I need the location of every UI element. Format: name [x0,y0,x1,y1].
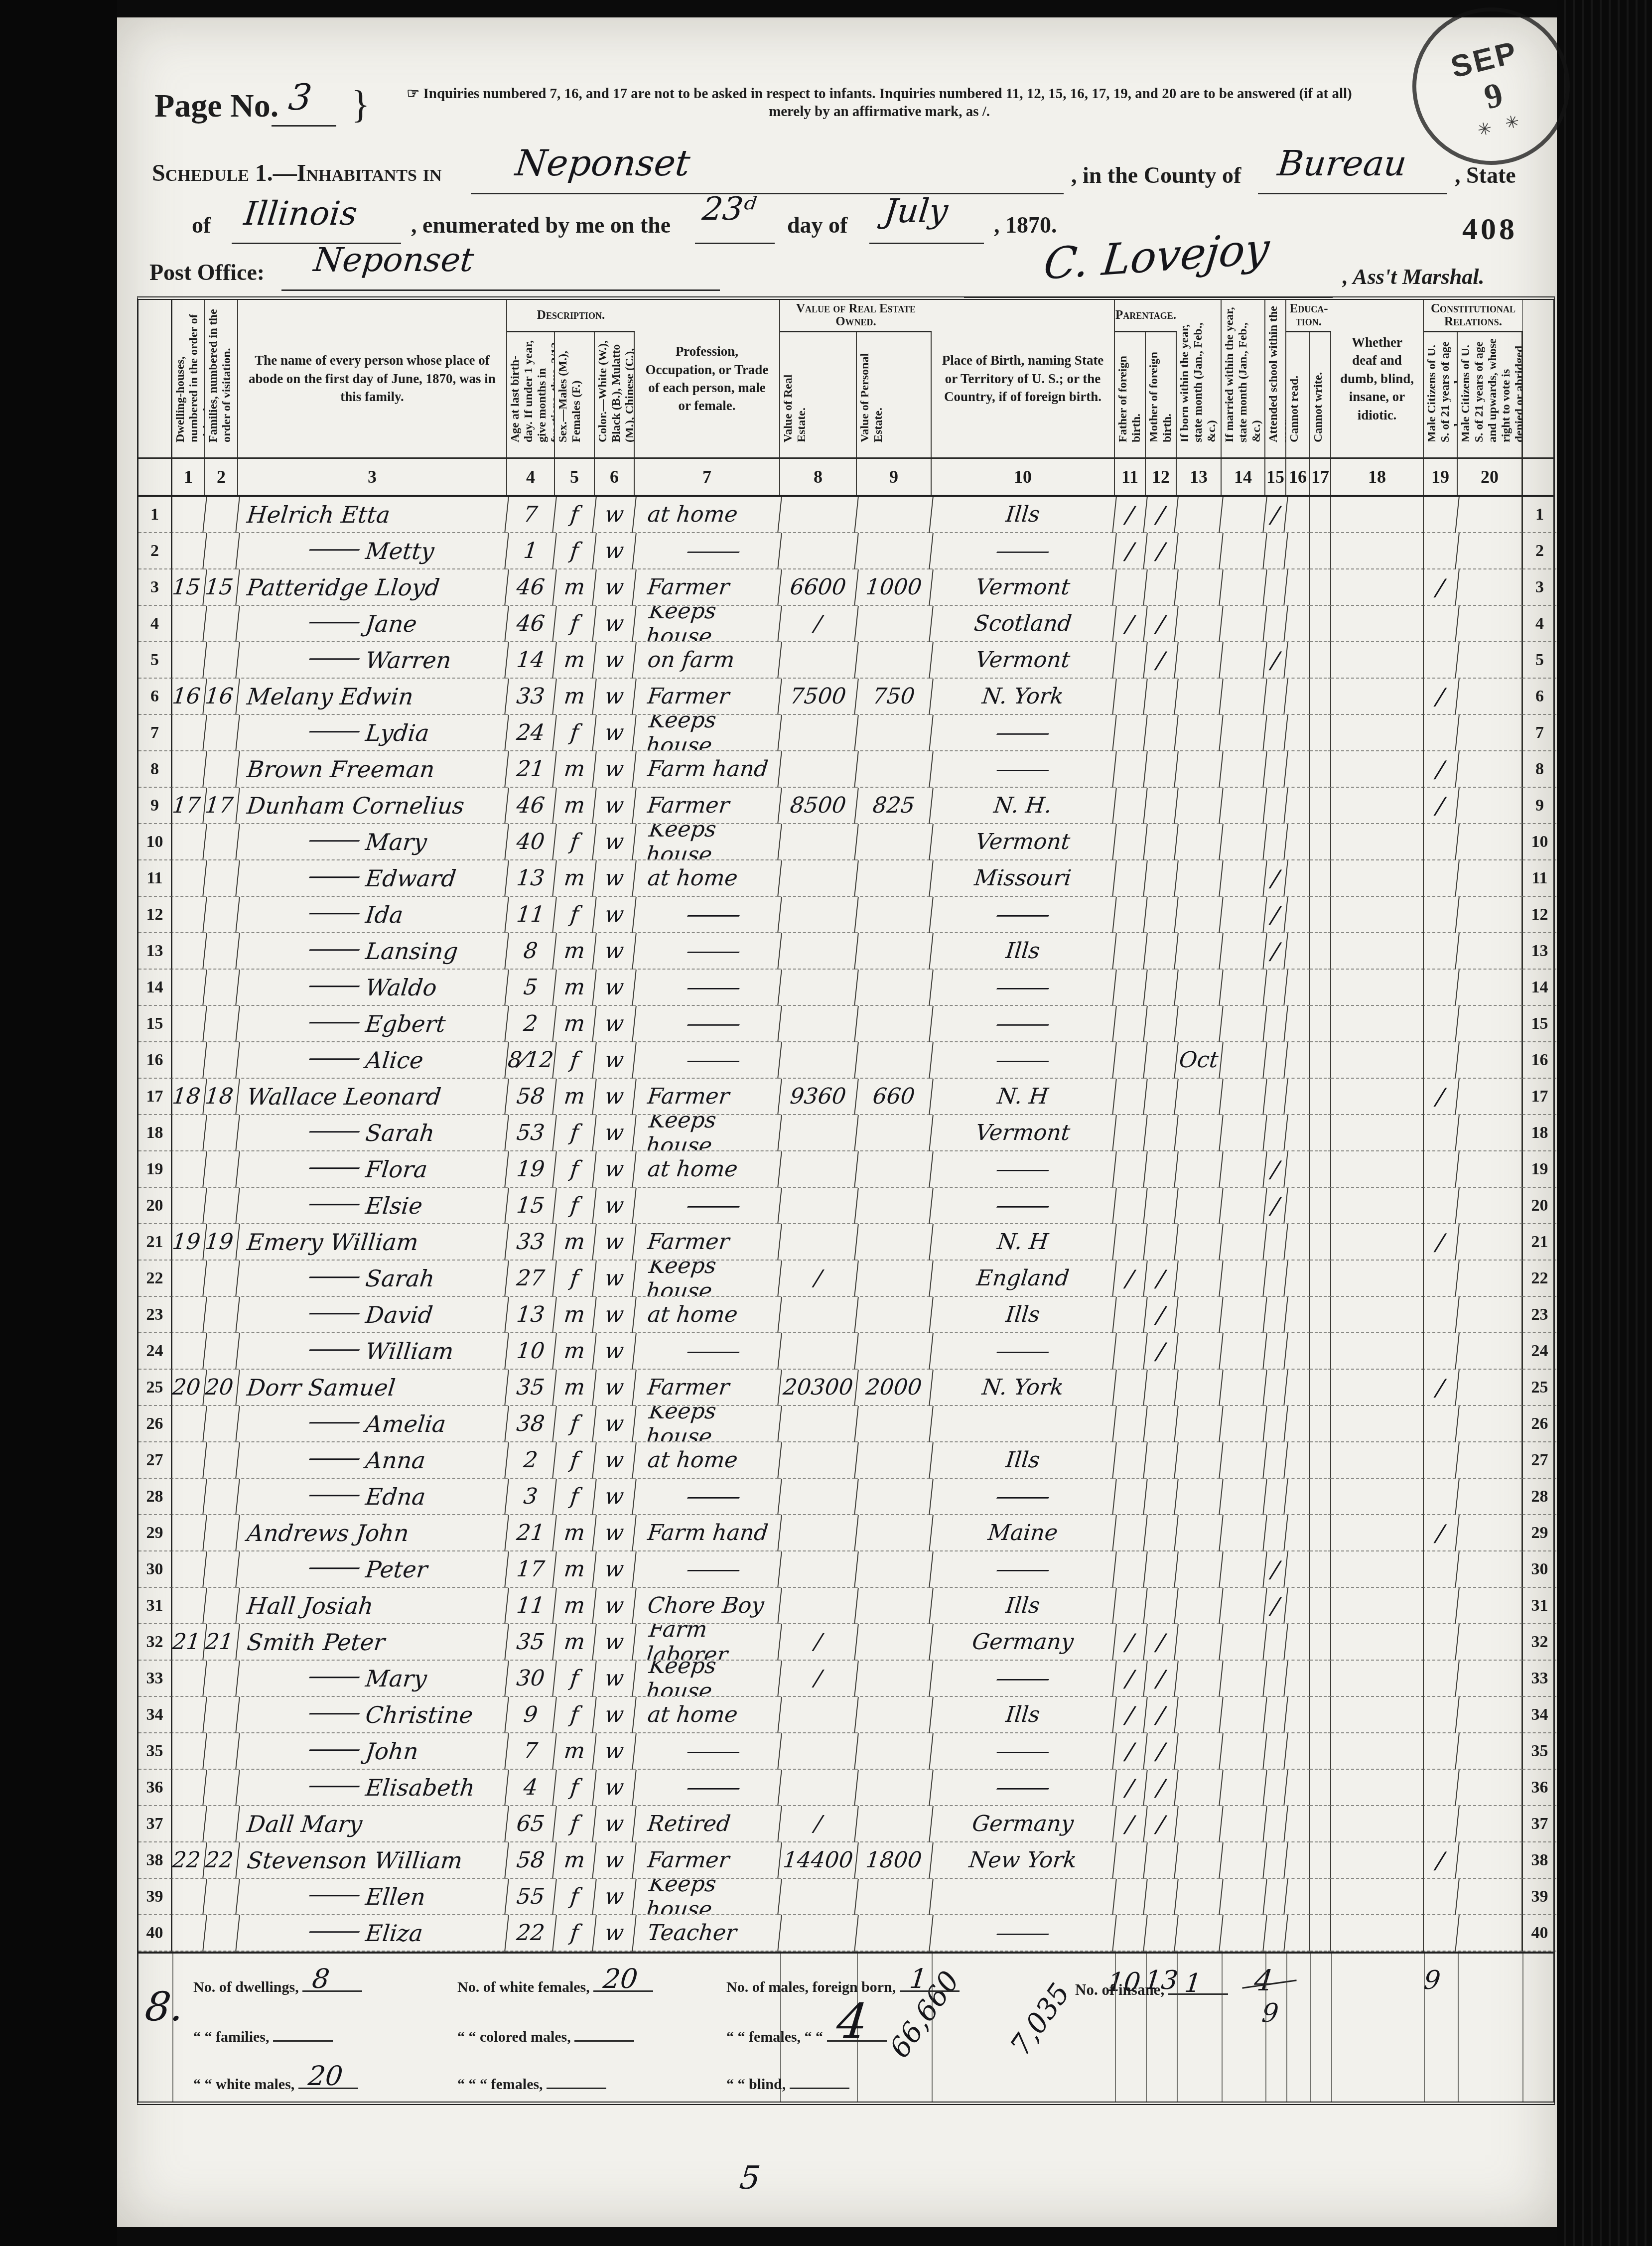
cell-birthplace: Germany [930,1624,1117,1661]
cell-color: w [593,1770,637,1806]
cell-cannot-write [1310,1770,1331,1806]
cell-dwelling-number [170,1188,207,1224]
cell-attended-school-mark [1263,1370,1288,1406]
cell-male-citizen-mark [1422,1624,1460,1661]
footer-column-rule [1458,1954,1459,2102]
cell-cannot-read [1286,1479,1310,1515]
cell-value-real-estate [778,933,859,970]
cell-family-number [203,1879,240,1915]
cell-male-citizen-mark [1422,1588,1460,1624]
cell-cannot-write [1310,497,1331,533]
cell-father-foreign-mark [1113,751,1148,788]
cell-father-foreign-mark [1113,970,1148,1006]
cell-value-real-estate [778,1297,859,1333]
table-row: 18—Sarah53fwKeeps houseVermont18 [138,1115,1553,1151]
cell-color: w [593,1261,637,1297]
cell-value-personal-estate [855,1588,934,1624]
footer-stat-underline: 20 [298,2071,358,2089]
cell-father-foreign-mark [1113,1842,1148,1879]
county-label: , in the County of [1071,162,1241,188]
footer-stat-label: “ “ families, [193,2029,269,2045]
cell-value-real-estate [778,1406,859,1442]
cell-family-number [203,1770,240,1806]
cell-deaf-dumb-blind [1331,1333,1424,1370]
cell-occupation: Teacher [633,1915,782,1952]
cell-value-personal-estate [855,1515,934,1551]
cell-birthplace: Ills [930,497,1117,533]
cell-father-foreign-mark [1113,824,1148,860]
column-header-10: Place of Birth, naming State or Territor… [932,300,1115,457]
census-scan-page: { "page": { "page_no_label": "Page No.",… [0,0,1652,2246]
cell-cannot-read [1286,751,1310,788]
cell-value-real-estate: 9360 [778,1079,859,1115]
cell-occupation: — [633,1042,782,1079]
table-row: 11—Edward13mwat homeMissouri/11 [138,860,1553,897]
cell-sex: m [553,788,597,824]
cell-dwelling-number: 22 [170,1842,207,1879]
table-row: 1Helrich Etta7fwat homeIlls///1 [138,497,1553,533]
table-row: 36—Elisabeth4fw——//36 [138,1770,1553,1806]
cell-value-personal-estate [855,1697,934,1733]
cell-mother-foreign-mark: / [1144,1624,1179,1661]
cell-vote-denied [1458,1551,1522,1588]
cell-sex: f [553,1479,597,1515]
cell-name: —Edna [236,1479,509,1515]
cell-attended-school-mark: / [1263,497,1288,533]
cell-age: 24 [505,715,557,751]
column-number-2: 2 [205,459,238,495]
cell-mother-foreign-mark: / [1144,533,1179,569]
cell-attended-school-mark [1263,1297,1288,1333]
cell-value-personal-estate [855,1624,934,1661]
cell-dwelling-number: 15 [170,569,207,606]
cell-color: w [593,1551,637,1588]
cell-birthplace: — [930,897,1117,933]
cell-month-born [1175,1115,1224,1151]
cell-mother-foreign-mark [1144,1915,1179,1952]
cell-birthplace: Vermont [930,642,1117,679]
cell-value-real-estate [778,1479,859,1515]
footer-column-rule [1331,1954,1332,2102]
cell-line-number-right: 36 [1522,1770,1556,1806]
cell-month-born [1175,569,1224,606]
cell-attended-school-mark [1263,569,1288,606]
cell-deaf-dumb-blind [1331,1806,1424,1842]
cell-cannot-write [1310,1879,1331,1915]
cell-month-married [1220,1188,1267,1224]
cell-month-born [1175,1879,1224,1915]
column-header-13: If born within the year, state month (Ja… [1177,300,1222,457]
stray-ink-mark: 5 [738,2160,762,2197]
cell-sex: f [553,1115,597,1151]
cell-line-number-left: 1 [138,497,172,533]
cell-vote-denied [1458,1806,1522,1842]
cell-family-number [203,1588,240,1624]
cell-occupation: at home [633,1697,782,1733]
cell-line-number-left: 39 [138,1879,172,1915]
cell-month-married [1220,1006,1267,1042]
table-row: 13—Lansing8mw—Ills/13 [138,933,1553,970]
cell-color: w [593,642,637,679]
footer-stat: No. of dwellings, 8 [193,1973,362,1996]
cell-male-citizen-mark: / [1422,751,1460,788]
cell-cannot-write [1310,1915,1331,1952]
footer-stat: No. of white females, 20 [457,1973,653,1996]
day-of-label: day of [787,212,847,238]
cell-vote-denied [1458,1733,1522,1770]
cell-deaf-dumb-blind [1331,824,1424,860]
cell-cannot-read [1286,970,1310,1006]
cell-age: 7 [505,497,557,533]
cell-birthplace: — [930,1915,1117,1952]
cell-name: —Elisabeth [236,1770,509,1806]
cell-vote-denied [1458,933,1522,970]
cell-line-number-right: 5 [1522,642,1556,679]
cell-deaf-dumb-blind [1331,1624,1424,1661]
cell-value-real-estate [778,1915,859,1952]
footer-stat-value: 8 [311,1963,331,1994]
cell-name: Stevenson William [236,1842,509,1879]
cell-name: Andrews John [236,1515,509,1551]
cell-deaf-dumb-blind [1331,642,1424,679]
cell-male-citizen-mark [1422,1697,1460,1733]
cell-sex: m [553,569,597,606]
cell-dwelling-number [170,1806,207,1842]
cell-family-number [203,1333,240,1370]
footer-stat-underline [574,2023,634,2042]
cell-male-citizen-mark [1422,1115,1460,1151]
cell-cannot-write [1310,1442,1331,1479]
cell-vote-denied [1458,1879,1522,1915]
footer-column-rule [172,1954,173,2102]
cell-line-number-left: 24 [138,1333,172,1370]
cell-dwelling-number [170,1406,207,1442]
cell-sex: m [553,679,597,715]
cell-line-number-left: 6 [138,679,172,715]
cell-cannot-read [1286,1261,1310,1297]
cell-attended-school-mark [1263,1442,1288,1479]
cell-father-foreign-mark [1113,860,1148,897]
cell-male-citizen-mark [1422,1879,1460,1915]
cell-family-number: 15 [203,569,240,606]
cell-name: —Peter [236,1551,509,1588]
cell-age: 7 [505,1733,557,1770]
cell-line-number-right: 33 [1522,1661,1556,1697]
cell-line-number-left: 9 [138,788,172,824]
cell-mother-foreign-mark: / [1144,642,1179,679]
cell-name: —Jane [236,606,509,642]
cell-month-married [1220,1515,1267,1551]
cell-age: 22 [505,1915,557,1952]
cell-line-number-left: 11 [138,860,172,897]
cell-occupation: at home [633,1442,782,1479]
cell-value-real-estate [778,1188,859,1224]
table-row: 33—Mary30fwKeeps house/—//33 [138,1661,1553,1697]
cell-age: 15 [505,1188,557,1224]
cell-cannot-read [1286,642,1310,679]
cell-name: Melany Edwin [236,679,509,715]
cell-sex: m [553,1333,597,1370]
cell-sex: f [553,1697,597,1733]
cell-male-citizen-mark [1422,860,1460,897]
table-row: 23—David13mwat homeIlls/23 [138,1297,1553,1333]
census-table: Dwelling-houses, numbered in the order o… [137,296,1555,2105]
cell-sex: f [553,1261,597,1297]
table-row: 30—Peter17mw——/30 [138,1551,1553,1588]
cell-value-personal-estate: 1000 [855,569,934,606]
cell-family-number [203,1115,240,1151]
cell-vote-denied [1458,897,1522,933]
footer-stat-label: No. of males, foreign born, [726,1979,896,1995]
footer-stat-underline: 4 [827,2023,887,2042]
cell-sex: f [553,1661,597,1697]
cell-male-citizen-mark: / [1422,1842,1460,1879]
cell-sex: f [553,897,597,933]
cell-month-married [1220,1697,1267,1733]
column-number-20: 20 [1458,459,1522,495]
table-row: 31Hall Josiah11mwChore BoyIlls/31 [138,1588,1553,1624]
cell-age: 13 [505,1297,557,1333]
cell-cannot-write [1310,1224,1331,1261]
cell-cannot-write [1310,1806,1331,1842]
cell-cannot-read [1286,1806,1310,1842]
cell-age: 8⁄12 [505,1042,557,1079]
cell-name: —Lansing [236,933,509,970]
day-value: 23ᵈ [700,191,758,228]
cell-family-number: 20 [203,1370,240,1406]
footer-column-rule [1115,1954,1116,2102]
cell-mother-foreign-mark [1144,1224,1179,1261]
cell-family-number: 22 [203,1842,240,1879]
table-row: 20—Elsie15fw——/20 [138,1188,1553,1224]
column-header-label-20: Male Citizens of U. S. of 21 years of ag… [1458,332,1522,447]
cell-sex: m [553,1006,597,1042]
cell-sex: m [553,1588,597,1624]
cell-male-citizen-mark [1422,933,1460,970]
cell-age: 46 [505,788,557,824]
cell-male-citizen-mark [1422,897,1460,933]
cell-deaf-dumb-blind [1331,1479,1424,1515]
cell-mother-foreign-mark [1144,1588,1179,1624]
cell-color: w [593,1442,637,1479]
cell-value-personal-estate [855,1915,934,1952]
cell-month-born: Oct [1175,1042,1224,1079]
cell-cannot-read [1286,1151,1310,1188]
cell-age: 40 [505,824,557,860]
cell-cannot-read [1286,1442,1310,1479]
cell-cannot-read [1286,1661,1310,1697]
cell-attended-school-mark [1263,751,1288,788]
cell-deaf-dumb-blind [1331,1661,1424,1697]
cell-occupation: Farmer [633,569,782,606]
cell-vote-denied [1458,533,1522,569]
cell-male-citizen-mark: / [1422,1079,1460,1115]
cell-attended-school-mark [1263,1915,1288,1952]
cell-line-number-left: 40 [138,1915,172,1952]
cell-father-foreign-mark [1113,1370,1148,1406]
cell-line-number-right: 13 [1522,933,1556,970]
cell-cannot-read [1286,1588,1310,1624]
column-header-label-2: Families, numbered in the order of visit… [205,300,235,447]
cell-line-number-right: 26 [1522,1406,1556,1442]
cell-sex: m [553,1733,597,1770]
cell-line-number-right: 23 [1522,1297,1556,1333]
cell-sex: f [553,715,597,751]
cell-deaf-dumb-blind [1331,1406,1424,1442]
cell-vote-denied [1458,1661,1522,1697]
cell-cannot-write [1310,715,1331,751]
cell-occupation: on farm [633,642,782,679]
cell-father-foreign-mark: / [1113,606,1148,642]
cell-father-foreign-mark [1113,1479,1148,1515]
cell-value-real-estate [778,533,859,569]
cell-line-number-right: 8 [1522,751,1556,788]
cell-color: w [593,1624,637,1661]
cell-birthplace: — [930,1333,1117,1370]
cell-line-number-left: 10 [138,824,172,860]
column-header-label-12: Mother of foreign birth. [1146,332,1176,447]
cell-month-married [1220,897,1267,933]
header-margin-left [138,300,172,457]
footer-stat: “ “ “ females, [457,2071,606,2093]
cell-color: w [593,1406,637,1442]
cell-birthplace: Scotland [930,606,1117,642]
cell-occupation: Farm laborer [633,1624,782,1661]
cell-age: 5 [505,970,557,1006]
column-header-label-4: Age at last birth-day. If under 1 year, … [507,332,555,447]
cell-line-number-right: 17 [1522,1079,1556,1115]
cell-value-personal-estate [855,1115,934,1151]
cell-age: 3 [505,1479,557,1515]
cell-deaf-dumb-blind [1331,970,1424,1006]
cell-male-citizen-mark [1422,642,1460,679]
table-row: 14—Waldo5mw——14 [138,970,1553,1006]
cell-birthplace: — [930,1006,1117,1042]
cell-mother-foreign-mark [1144,1079,1179,1115]
cell-mother-foreign-mark [1144,1370,1179,1406]
footer-stat-label: “ “ “ females, [457,2076,543,2093]
cell-attended-school-mark: / [1263,933,1288,970]
footer-stat: “ “ blind, [726,2071,849,2093]
cell-occupation: — [633,1479,782,1515]
cell-age: 21 [505,1515,557,1551]
cell-sex: f [553,1915,597,1952]
cell-value-real-estate: 7500 [778,679,859,715]
cell-cannot-write [1310,1842,1331,1879]
cell-line-number-left: 37 [138,1806,172,1842]
cell-cannot-read [1286,1770,1310,1806]
cell-mother-foreign-mark: / [1144,497,1179,533]
cell-sex: m [553,1224,597,1261]
cell-male-citizen-mark [1422,1733,1460,1770]
cell-mother-foreign-mark [1144,1842,1179,1879]
cell-male-citizen-mark [1422,1042,1460,1079]
cell-month-married [1220,1370,1267,1406]
cell-father-foreign-mark [1113,1079,1148,1115]
cell-month-married [1220,824,1267,860]
cell-cannot-write [1310,1733,1331,1770]
cell-month-married [1220,1588,1267,1624]
instructions-note: ☞ Inquiries numbered 7, 16, and 17 are n… [386,85,1373,121]
cell-line-number-right: 39 [1522,1879,1556,1915]
cell-mother-foreign-mark [1144,715,1179,751]
cell-cannot-write [1310,788,1331,824]
cell-cannot-read [1286,1115,1310,1151]
cell-occupation: — [633,1551,782,1588]
cell-deaf-dumb-blind [1331,1261,1424,1297]
cell-month-married [1220,533,1267,569]
table-body: 1Helrich Etta7fwat homeIlls///12—Metty1f… [138,497,1553,1952]
cell-age: 2 [505,1006,557,1042]
cell-family-number [203,1042,240,1079]
cell-cannot-write [1310,1406,1331,1442]
cell-color: w [593,1915,637,1952]
total-mother-foreign: 13 [1143,1965,1179,1995]
cell-value-personal-estate [855,1733,934,1770]
cell-deaf-dumb-blind [1331,1079,1424,1115]
cell-male-citizen-mark [1422,1261,1460,1297]
cell-deaf-dumb-blind [1331,606,1424,642]
cell-value-personal-estate: 2000 [855,1370,934,1406]
cell-month-born [1175,897,1224,933]
cell-dwelling-number [170,1261,207,1297]
cell-birthplace [930,1406,1117,1442]
cell-attended-school-mark: / [1263,1188,1288,1224]
instructions-line2: merely by an affirmative mark, as /. [386,103,1373,121]
cell-color: w [593,1370,637,1406]
cell-value-personal-estate [855,824,934,860]
cell-occupation: Keeps house [633,1879,782,1915]
marshal-label: , Ass't Marshal. [1343,264,1484,289]
cell-mother-foreign-mark [1144,1879,1179,1915]
cell-cannot-write [1310,679,1331,715]
cell-sex: m [553,751,597,788]
cell-vote-denied [1458,1079,1522,1115]
footer-stat-label: No. of dwellings, [193,1979,299,1995]
cell-name: —Sarah [236,1261,509,1297]
cell-cannot-write [1310,533,1331,569]
cell-value-real-estate [778,860,859,897]
cell-family-number [203,1406,240,1442]
cell-occupation: Keeps house [633,606,782,642]
cell-sex: f [553,1042,597,1079]
cell-name: —Metty [236,533,509,569]
cell-deaf-dumb-blind [1331,1842,1424,1879]
cell-attended-school-mark [1263,1879,1288,1915]
table-row: 211919Emery William33mwFarmerN. H/21 [138,1224,1553,1261]
state-word: , State [1455,162,1516,188]
cell-mother-foreign-mark [1144,1551,1179,1588]
table-row: 15—Egbert2mw——15 [138,1006,1553,1042]
cell-deaf-dumb-blind [1331,679,1424,715]
group-header-constitutional-relations-: Constitutional Relations. [1424,300,1522,332]
cell-line-number-left: 15 [138,1006,172,1042]
cell-name: —Elsie [236,1188,509,1224]
cell-age: 1 [505,533,557,569]
census-page: Page No. 3 } ☞ Inquiries numbered 7, 16,… [117,17,1557,2227]
column-header-7: Profession, Occupation, or Trade of each… [635,300,780,457]
cell-birthplace: — [930,1188,1117,1224]
cell-deaf-dumb-blind [1331,1115,1424,1151]
cell-line-number-right: 34 [1522,1697,1556,1733]
cell-father-foreign-mark [1113,1515,1148,1551]
column-header-label-19: Male Citizens of U. S. of 21 years of ag… [1424,332,1458,447]
table-row: 7—Lydia24fwKeeps house—7 [138,715,1553,751]
cell-name: —Flora [236,1151,509,1188]
footer-column-rule [1424,1954,1425,2102]
cell-name: —Lydia [236,715,509,751]
cell-age: 14 [505,642,557,679]
